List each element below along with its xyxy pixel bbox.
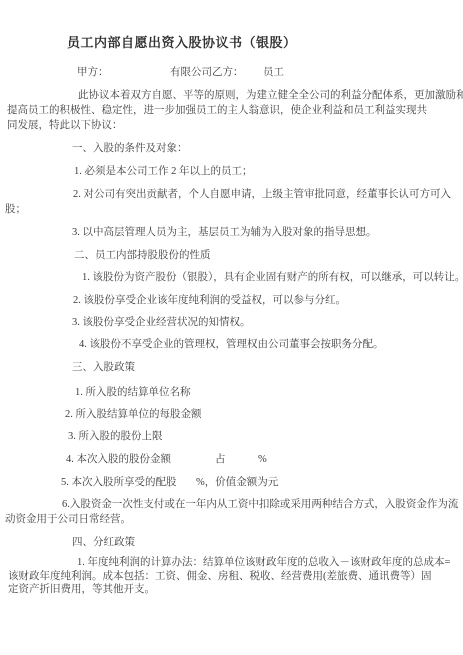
section3-item3: 3. 所入股的股份上限 [68, 430, 163, 443]
section1-item3: 3. 以中高层管理人员为主，基层员工为辅为入股对象的指导思想。 [72, 226, 377, 239]
section4-item1-line1: 1. 年度纯利润的计算办法：结算单位该财政年度的总收入－该财政年度的总成本= [77, 556, 450, 569]
section4-item1-line2: 该财政年度纯利润。成本包括：工资、佣金、房租、税收、经营费用(差旅费、通讯费等）… [8, 570, 432, 583]
party-a-label: 甲方： [77, 66, 109, 79]
party-a-company-and-party-b-label: 有限公司乙方： [170, 66, 244, 79]
section2-item3: 3. 该股份享受企业经营状况的知情权。 [72, 316, 251, 329]
section4-heading: 四、分红政策 [72, 536, 135, 549]
intro-line-1: 此协议本着双方自愿、平等的原则，为建立健全全公司的利益分配体系，更加激励和 [78, 89, 463, 102]
intro-line-2: 提高员工的积极性、稳定性，进一步加强员工的主人翁意识，使企业利益和员工利益实现共 [7, 104, 427, 117]
section3-item6-line1: 6.入股资金一次性支付或在一年内从工资中扣除或采用两种结合方式，入股资金作为流 [62, 498, 458, 511]
section2-item4: 4. 该股份不享受企业的管理权，管理权由公司董事会按职务分配。 [79, 338, 384, 351]
section2-item2: 2. 该股份享受企业该年度纯利润的受益权，可以参与分红。 [73, 294, 346, 307]
section3-item5-rest: %，价值金额为元 [196, 476, 278, 489]
section4-item1-line3: 定资产折旧费用，等其他开支。 [8, 583, 155, 596]
document-title: 员工内部自愿出资入股协议书（银股） [67, 36, 297, 49]
section1-item1: 1. 必须是本公司工作 2 年以上的员工； [74, 165, 253, 178]
section2-heading: 二、员工内部持股股份的性质 [74, 249, 211, 262]
section1-heading: 一、入股的条件及对象： [72, 142, 188, 155]
section3-item2: 2. 所入股结算单位的每股金额 [65, 408, 202, 421]
section3-item4-label: 4. 本次入股的股份金额 [66, 453, 171, 466]
section3-item5-label: 5. 本次入股所享受的配股 [61, 476, 177, 489]
section3-item4-percent: % [258, 453, 267, 466]
section3-item4-zhan: 占 [215, 453, 226, 466]
section3-item1: 1. 所入股的结算单位名称 [75, 386, 191, 399]
intro-line-3: 同发展，特此以下协议： [7, 119, 123, 132]
section3-heading: 三、入股政策 [72, 361, 135, 374]
section3-item6-line2: 动资金用于公司日常经营。 [5, 513, 131, 526]
section1-item2-line2: 股； [5, 203, 26, 216]
section2-item1: 1. 该股份为资产股份（银股），具有企业固有财产的所有权，可以继承，可以转让。 [82, 271, 463, 284]
section1-item2-line1: 2. 对公司有突出贡献者，个人自愿申请，上级主管审批同意，经董事长认可方可入 [73, 188, 451, 201]
party-b-value: 员工 [263, 66, 284, 79]
document-page: 员工内部自愿出资入股协议书（银股） 甲方： 有限公司乙方： 员工 此协议本着双方… [0, 0, 463, 655]
